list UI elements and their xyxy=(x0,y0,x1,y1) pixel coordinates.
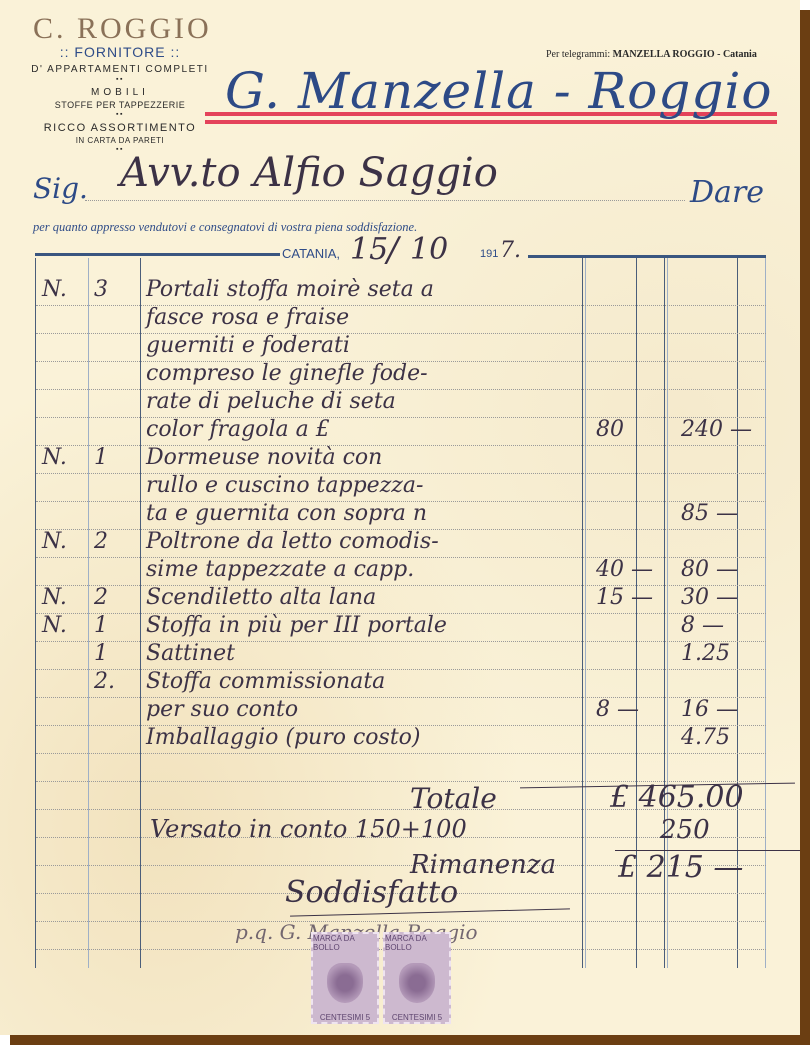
letterhead-line-2: MOBILI xyxy=(20,87,220,98)
letterhead-separator-1: ▪▪ xyxy=(20,76,220,83)
ledger-body: N. 3 Portali stoffa moirè seta a fasce r… xyxy=(36,276,796,752)
header-rule-left xyxy=(35,253,280,256)
row-qty: 1 xyxy=(94,612,108,640)
telegram-label: Per telegrammi: xyxy=(546,49,610,60)
ledger-row: 1 Sattinet 1.25 xyxy=(36,640,796,668)
totale-value: £ 465.00 xyxy=(610,780,744,815)
row-unit: 80 xyxy=(596,416,624,444)
row-total: 4.75 xyxy=(681,724,730,752)
soddisfatto-label: Soddisfatto xyxy=(285,875,458,910)
row-qty: 2. xyxy=(94,668,115,696)
row-n: N. xyxy=(42,276,67,304)
date-slash: / xyxy=(387,230,398,270)
ledger-row: Imballaggio (puro costo) 4.75 xyxy=(36,724,796,752)
date-year-suffix: 7. xyxy=(500,238,521,263)
script-company-name: G. Manzella - Roggio xyxy=(225,62,772,120)
row-line xyxy=(36,753,766,754)
date-day: 15 xyxy=(350,232,388,267)
telegram-line: Per telegrammi: MANZELLA ROGGIO - Catani… xyxy=(546,49,757,60)
addressee-dotted-line xyxy=(85,200,685,201)
ledger-row: ta e guernita con sopra n 85 — xyxy=(36,500,796,528)
row-total: 1.25 xyxy=(681,640,730,668)
row-desc: Imballaggio (puro costo) xyxy=(146,724,421,752)
ledger-row: N. 2 Scendiletto alta lana 15 — 30 — xyxy=(36,584,796,612)
ledger-row: N. 1 Dormeuse novità con xyxy=(36,444,796,472)
row-desc: Stoffa in più per III portale xyxy=(146,612,447,640)
revenue-stamp: MARCA DA BOLLO CENTESIMI 5 xyxy=(383,932,451,1024)
row-desc: Sattinet xyxy=(146,640,235,668)
row-n: N. xyxy=(42,584,67,612)
row-qty: 1 xyxy=(94,444,108,472)
row-desc: Poltrone da letto comodis- xyxy=(146,528,439,556)
ledger-row: color fragola a £ 80 240 — xyxy=(36,416,796,444)
ledger-row: 2. Stoffa commissionata xyxy=(36,668,796,696)
row-desc: guerniti e foderati xyxy=(146,332,350,360)
row-qty: 2 xyxy=(94,528,108,556)
revenue-stamp: MARCA DA BOLLO CENTESIMI 5 xyxy=(311,932,379,1024)
ledger-row: N. 1 Stoffa in più per III portale 8 — xyxy=(36,612,796,640)
row-desc: compreso le ginefle fode- xyxy=(146,360,428,388)
ledger-row: guerniti e foderati xyxy=(36,332,796,360)
ledger-row: rullo e cuscino tappezza- xyxy=(36,472,796,500)
row-total: 8 — xyxy=(681,612,724,640)
letterhead-line-3: STOFFE PER TAPPEZZERIE xyxy=(20,100,220,110)
versato-value: 250 xyxy=(660,815,710,845)
stamp-top-text: MARCA DA BOLLO xyxy=(385,934,449,952)
eagle-crest-icon xyxy=(327,963,363,1003)
row-desc: rullo e cuscino tappezza- xyxy=(146,472,423,500)
red-rule-bottom xyxy=(205,120,777,124)
row-unit: 40 — xyxy=(596,556,653,584)
letterhead-line-4: RICCO ASSORTIMENTO xyxy=(20,122,220,134)
row-desc: color fragola a £ xyxy=(146,416,330,444)
row-total: 80 — xyxy=(681,556,738,584)
telegram-name: MANZELLA ROGGIO - Catania xyxy=(613,49,757,60)
row-desc: Portali stoffa moirè seta a xyxy=(146,276,434,304)
row-desc: Scendiletto alta lana xyxy=(146,584,376,612)
fornitore-heading: :: FORNITORE :: xyxy=(30,44,210,60)
row-desc: ta e guernita con sopra n xyxy=(146,500,427,528)
row-total: 85 — xyxy=(681,500,738,528)
row-desc: Dormeuse novità con xyxy=(146,444,382,472)
row-unit: 8 — xyxy=(596,696,639,724)
totale-label: Totale xyxy=(410,782,497,815)
row-n: N. xyxy=(42,612,67,640)
company-name: C. ROGGIO xyxy=(33,12,212,46)
stamp-bottom-text: CENTESIMI 5 xyxy=(392,1013,442,1022)
stamp-bottom-text: CENTESIMI 5 xyxy=(320,1013,370,1022)
row-desc: Stoffa commissionata xyxy=(146,668,385,696)
date-year-prefix: 191 xyxy=(480,248,498,260)
rimanenza-value: £ 215 — xyxy=(618,850,743,885)
ledger-row: fasce rosa e fraise xyxy=(36,304,796,332)
ledger-row: N. 3 Portali stoffa moirè seta a xyxy=(36,276,796,304)
date-month: 10 xyxy=(410,232,448,267)
invoice-paper: C. ROGGIO :: FORNITORE :: D' APPARTAMENT… xyxy=(0,0,800,1035)
row-total: 240 — xyxy=(681,416,752,444)
row-unit: 15 — xyxy=(596,584,653,612)
header-rule-right xyxy=(528,255,766,258)
row-qty: 2 xyxy=(94,584,108,612)
sig-label: Sig. xyxy=(33,172,88,205)
row-total: 16 — xyxy=(681,696,738,724)
letterhead-line-1: D' APPARTAMENTI COMPLETI xyxy=(20,64,220,75)
ledger-row: N. 2 Poltrone da letto comodis- xyxy=(36,528,796,556)
date-city: CATANIA, xyxy=(282,246,340,261)
ledger-row: rate di peluche di seta xyxy=(36,388,796,416)
row-qty: 3 xyxy=(94,276,108,304)
addressee-name: Avv.to Alfio Saggio xyxy=(120,150,498,196)
row-desc: per suo conto xyxy=(146,696,298,724)
versato-label: Versato in conto 150+100 xyxy=(150,815,467,843)
ledger-row: per suo conto 8 — 16 — xyxy=(36,696,796,724)
row-total: 30 — xyxy=(681,584,738,612)
dare-label: Dare xyxy=(690,175,764,210)
ledger-row: sime tappezzate a capp. 40 — 80 — xyxy=(36,556,796,584)
ledger-row: compreso le ginefle fode- xyxy=(36,360,796,388)
letterhead-line-5: IN CARTA DA PARETI xyxy=(20,136,220,145)
row-desc: sime tappezzate a capp. xyxy=(146,556,414,584)
row-n: N. xyxy=(42,528,67,556)
row-n: N. xyxy=(42,444,67,472)
letterhead-separator-2: ▪▪ xyxy=(20,111,220,118)
row-desc: rate di peluche di seta xyxy=(146,388,396,416)
eagle-crest-icon xyxy=(399,963,435,1003)
row-qty: 1 xyxy=(94,640,108,668)
row-desc: fasce rosa e fraise xyxy=(146,304,349,332)
stamp-top-text: MARCA DA BOLLO xyxy=(313,934,377,952)
